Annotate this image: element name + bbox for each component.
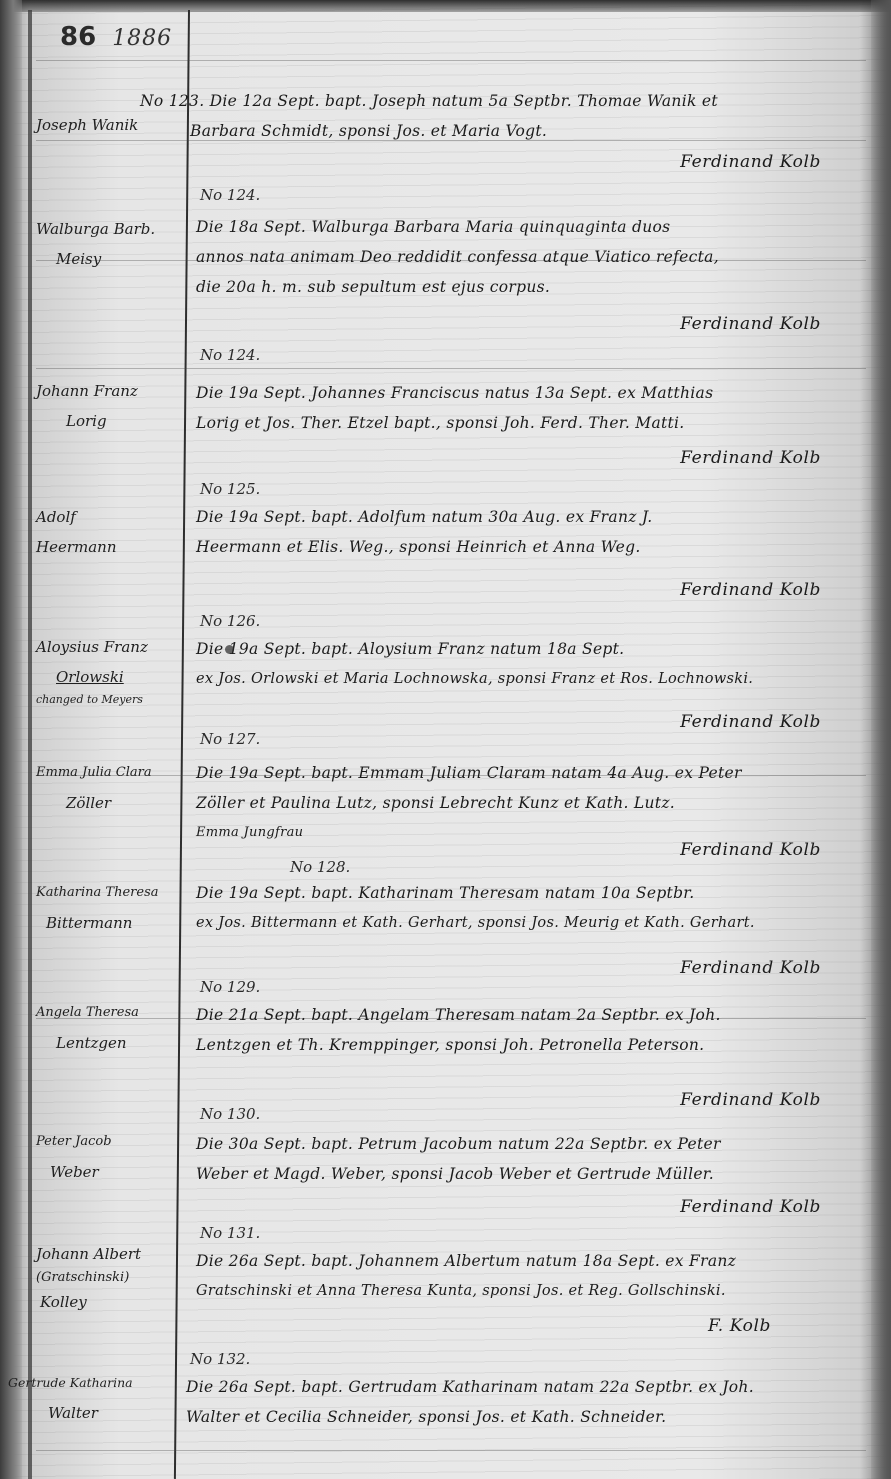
margin-name-line: Emma Julia Clara — [36, 758, 186, 788]
entry-line: Lorig et Jos. Ther. Etzel bapt., sponsi … — [196, 408, 846, 438]
priest-signature: Ferdinand Kolb — [680, 958, 821, 978]
margin-name: Angela Theresa Lentzgen — [36, 998, 186, 1058]
margin-name: Aloysius Franz Orlowski changed to Meyer… — [36, 632, 186, 708]
entry-number: No 127. — [200, 730, 260, 748]
entry-number: No 129. — [200, 978, 260, 996]
margin-name: Adolf Heermann — [36, 502, 186, 562]
entry-number: No 128. — [290, 858, 350, 876]
margin-name-line: Johann Albert — [36, 1242, 186, 1266]
margin-name-line: Walter — [8, 1398, 158, 1428]
margin-name-line: Zöller — [36, 788, 186, 818]
ink-blot — [225, 645, 234, 654]
entry-body: Die 26a Sept. bapt. Gertrudam Katharinam… — [186, 1372, 836, 1432]
entry-line: Die 26a Sept. bapt. Gertrudam Katharinam… — [186, 1372, 836, 1402]
priest-signature: Ferdinand Kolb — [680, 840, 821, 860]
entry-line: Weber et Magd. Weber, sponsi Jacob Weber… — [196, 1159, 846, 1189]
entry-body: Die 19a Sept. bapt. Katharinam Theresam … — [196, 878, 846, 938]
entry-line: Die 19a Sept. bapt. Katharinam Theresam … — [196, 878, 846, 908]
priest-signature: Ferdinand Kolb — [680, 448, 821, 468]
entry-body: Die 26a Sept. bapt. Johannem Albertum na… — [196, 1246, 846, 1306]
entry-body: Die 21a Sept. bapt. Angelam Theresam nat… — [196, 1000, 846, 1060]
binding-edge — [0, 0, 22, 1479]
priest-signature: Ferdinand Kolb — [680, 152, 821, 172]
ruled-line — [36, 1450, 866, 1451]
entry-body: Die 30a Sept. bapt. Petrum Jacobum natum… — [196, 1129, 846, 1189]
entry-body: No 123. Die 12a Sept. bapt. Joseph natum… — [140, 86, 860, 146]
entry-body: Die 19a Sept. bapt. Emmam Juliam Claram … — [196, 758, 846, 848]
margin-name: Emma Julia Clara Zöller — [36, 758, 186, 818]
margin-name: Gertrude Katharina Walter — [8, 1368, 158, 1428]
entry-line: Lentzgen et Th. Kremppinger, sponsi Joh.… — [196, 1030, 846, 1060]
entry-number: No 124. — [200, 186, 260, 204]
entry-line: Barbara Schmidt, sponsi Jos. et Maria Vo… — [140, 116, 860, 146]
margin-name-line: Lentzgen — [36, 1028, 186, 1058]
entry-line: Zöller et Paulina Lutz, sponsi Lebrecht … — [196, 788, 846, 818]
entry-body: Die 19a Sept. bapt. Adolfum natum 30a Au… — [196, 502, 846, 562]
margin-name: Katharina Theresa Bittermann — [36, 878, 186, 938]
priest-signature: Ferdinand Kolb — [680, 314, 821, 334]
entry-line: Die 21a Sept. bapt. Angelam Theresam nat… — [196, 1000, 846, 1030]
scan-right-edge — [871, 0, 891, 1479]
entry-line: No 123. Die 12a Sept. bapt. Joseph natum… — [140, 86, 860, 116]
margin-name-line: Gertrude Katharina — [8, 1368, 158, 1398]
ruled-line — [36, 60, 866, 61]
entry-line: Walter et Cecilia Schneider, sponsi Jos.… — [186, 1402, 836, 1432]
priest-signature: F. Kolb — [708, 1316, 771, 1336]
priest-signature: Ferdinand Kolb — [680, 1090, 821, 1110]
margin-name: Johann Franz Lorig — [36, 376, 186, 436]
entry-line: die 20a h. m. sub sepultum est ejus corp… — [196, 272, 846, 302]
entry-number: No 125. — [200, 480, 260, 498]
entry-line: annos nata animam Deo reddidit confessa … — [196, 242, 846, 272]
margin-name-line: Bittermann — [36, 908, 186, 938]
margin-name: Walburga Barb. Meisy — [36, 214, 186, 274]
entry-body: Die 19a Sept. Johannes Franciscus natus … — [196, 378, 846, 438]
entry-line: Die 19a Sept. bapt. Emmam Juliam Claram … — [196, 758, 846, 788]
margin-name-line: Johann Franz — [36, 376, 186, 406]
margin-name-line: Peter Jacob — [36, 1127, 186, 1157]
margin-name-line: Weber — [36, 1157, 186, 1187]
entry-line: Heermann et Elis. Weg., sponsi Heinrich … — [196, 532, 846, 562]
priest-signature: Ferdinand Kolb — [680, 580, 821, 600]
entry-number: No 126. — [200, 612, 260, 630]
margin-name-line: Angela Theresa — [36, 998, 186, 1028]
entry-line: Die 26a Sept. bapt. Johannem Albertum na… — [196, 1246, 846, 1276]
ruled-line — [36, 368, 866, 369]
margin-name-line: Meisy — [36, 244, 186, 274]
entry-line: Die 19a Sept. bapt. Aloysium Franz natum… — [196, 634, 846, 664]
margin-name: Peter Jacob Weber — [36, 1127, 186, 1187]
entry-number: No 132. — [190, 1350, 250, 1368]
margin-name-line: (Gratschinski) — [36, 1266, 186, 1290]
entry-line: Die 19a Sept. bapt. Adolfum natum 30a Au… — [196, 502, 846, 532]
margin-note: changed to Meyers — [36, 692, 186, 708]
entry-number: No 130. — [200, 1105, 260, 1123]
entry-line: Die 18a Sept. Walburga Barbara Maria qui… — [196, 212, 846, 242]
page-header: 86 1886 — [60, 22, 172, 52]
priest-signature: Ferdinand Kolb — [680, 1197, 821, 1217]
entry-line: ex Jos. Orlowski et Maria Lochnowska, sp… — [196, 664, 846, 694]
margin-name-line: Aloysius Franz — [36, 632, 186, 662]
margin-name-line: Orlowski — [36, 662, 186, 692]
margin-name-line: Joseph Wanik — [36, 116, 138, 134]
priest-signature: Ferdinand Kolb — [680, 712, 821, 732]
page-number: 86 — [60, 22, 96, 52]
entry-body: Die 18a Sept. Walburga Barbara Maria qui… — [196, 212, 846, 302]
entry-line: Gratschinski et Anna Theresa Kunta, spon… — [196, 1276, 846, 1306]
year-heading: 1886 — [112, 26, 172, 51]
entry-body: Die 19a Sept. bapt. Aloysium Franz natum… — [196, 634, 846, 694]
margin-name-line: Walburga Barb. — [36, 214, 186, 244]
scan-top-shadow — [0, 0, 891, 12]
entry-line: ex Jos. Bittermann et Kath. Gerhart, spo… — [196, 908, 846, 938]
margin-name-line: Adolf — [36, 502, 186, 532]
margin-name-line: Lorig — [36, 406, 186, 436]
entry-line: Die 19a Sept. Johannes Franciscus natus … — [196, 378, 846, 408]
entry-number: No 124. — [200, 346, 260, 364]
margin-name-line: Kolley — [36, 1290, 186, 1314]
register-page: 86 1886 Joseph Wanik No 123. Die 12a Sep… — [0, 0, 891, 1479]
left-margin-rule — [28, 10, 32, 1479]
entry-line: Die 30a Sept. bapt. Petrum Jacobum natum… — [196, 1129, 846, 1159]
margin-name-line: Heermann — [36, 532, 186, 562]
margin-name: Johann Albert (Gratschinski) Kolley — [36, 1242, 186, 1314]
margin-name-line: Katharina Theresa — [36, 878, 186, 908]
entry-number: No 131. — [200, 1224, 260, 1242]
